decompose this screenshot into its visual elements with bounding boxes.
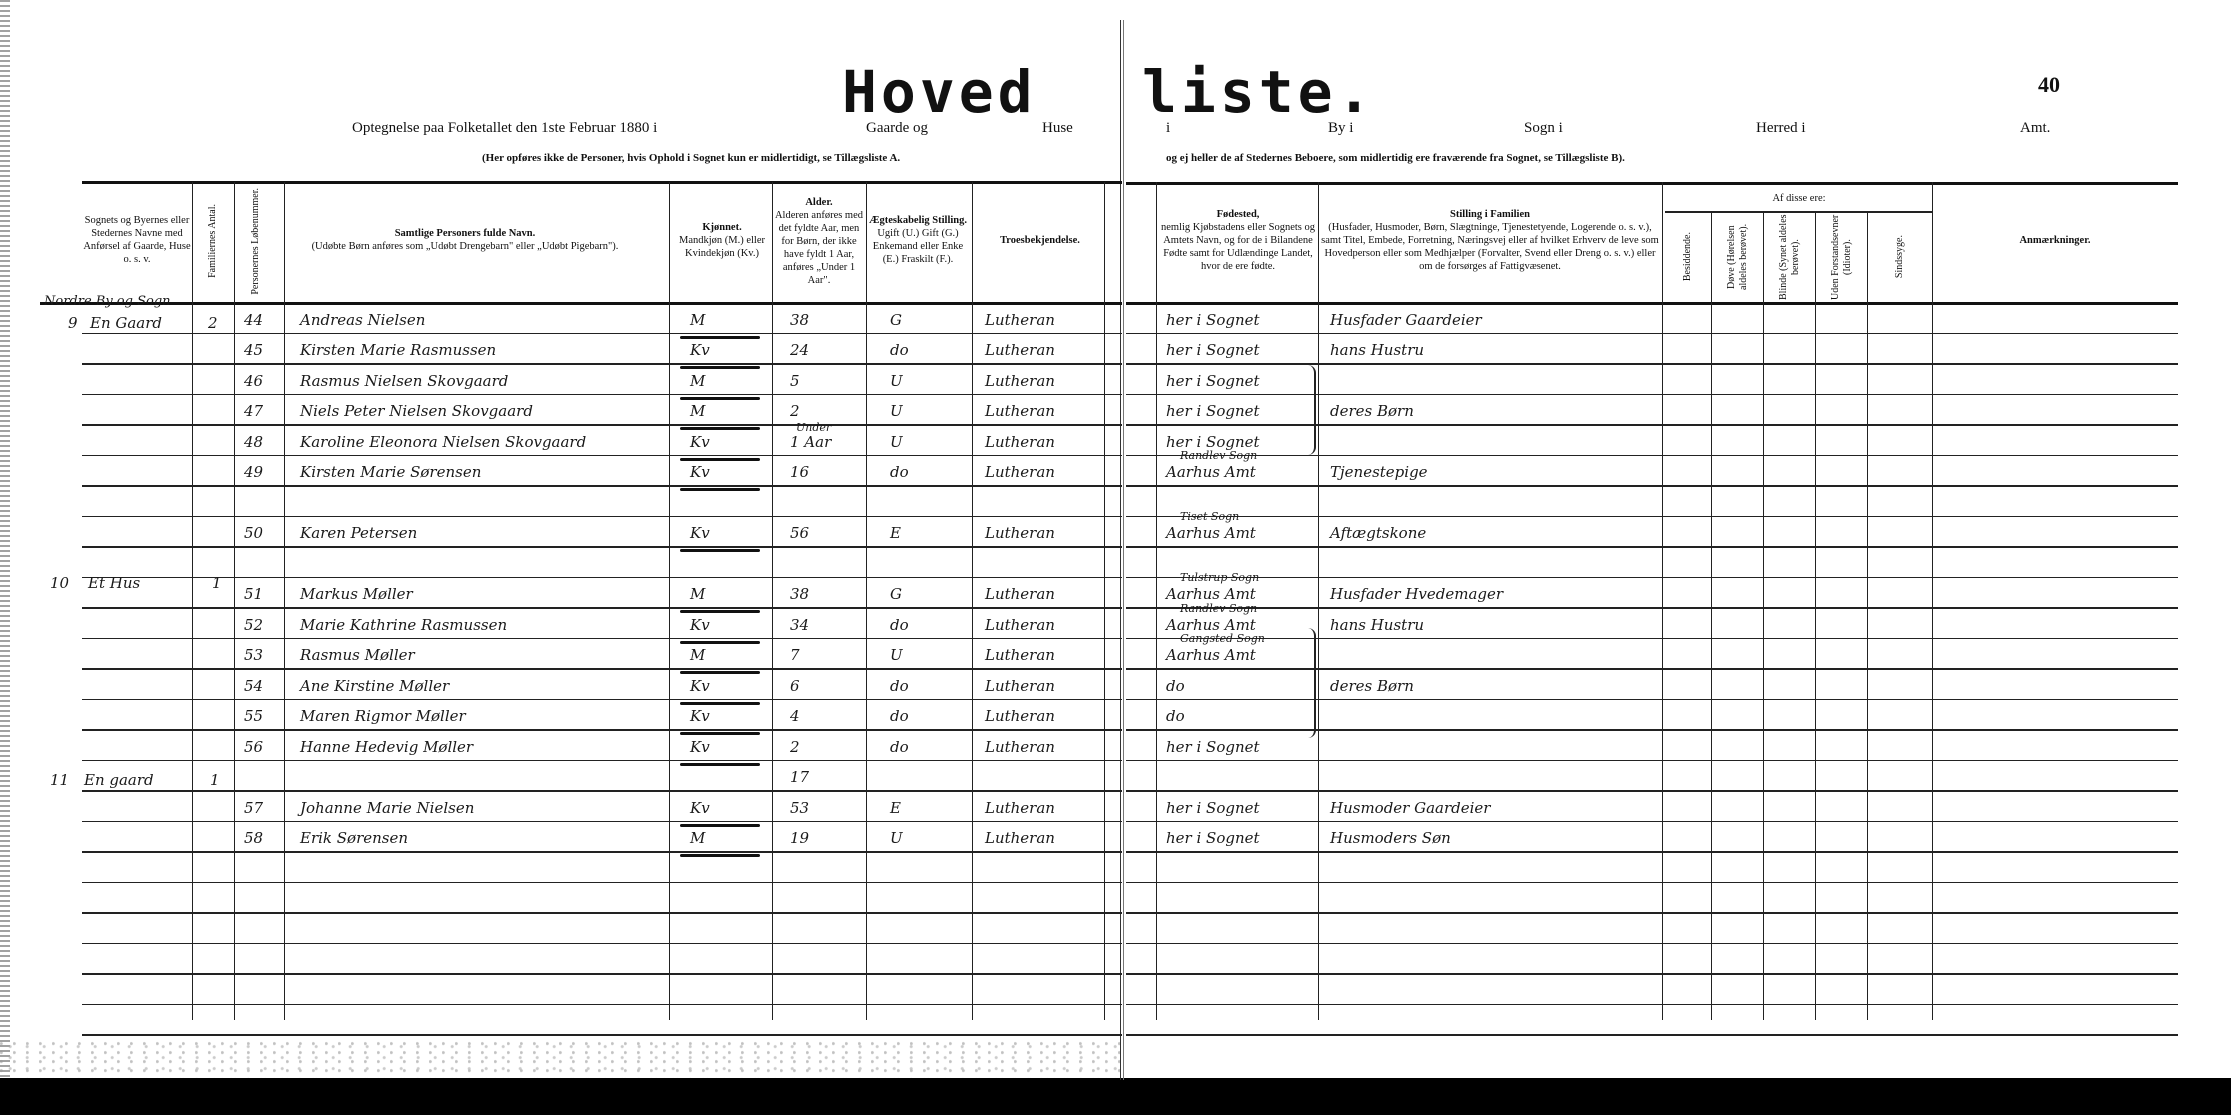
col-head-blind: Blinde (Synet aldeles berøvet). [1765, 214, 1815, 300]
row-rule [1126, 394, 2178, 396]
cell-name: Rasmus Møller [300, 646, 415, 664]
cell-no: 51 [244, 585, 263, 603]
row-rule [1126, 973, 2178, 975]
col-head-faith: Troesbekjendelse. [975, 190, 1105, 290]
cell-age: 16 [790, 463, 809, 481]
vrule [1156, 182, 1157, 1020]
cell-marital: E [890, 524, 901, 542]
census-page: Hoved liste. 40 Optegnelse paa Folketall… [0, 0, 2231, 1078]
col-head-faith-text: Troesbekjendelse. [1000, 234, 1080, 247]
col-head-family-count-text: Familiernes Antal. [207, 204, 219, 278]
col-head-age-note: Alderen anføres med det fyldte Aar, men … [774, 209, 864, 287]
vrule [866, 182, 867, 1020]
cell-no: 58 [244, 829, 263, 847]
vrule [1932, 182, 1933, 1020]
cell-age: 6 [790, 677, 800, 695]
cell-position: Husfader Hvedemager [1330, 585, 1503, 603]
col-head-marital-title: Ægteskabelig Stilling. [869, 214, 967, 227]
cell-name: Hanne Hedevig Møller [300, 738, 473, 756]
cell-no: 55 [244, 707, 263, 725]
cell-sex: Kv [690, 799, 710, 817]
cell-no: 45 [244, 341, 263, 359]
cell-age: 19 [790, 829, 809, 847]
row-rule [82, 1004, 1122, 1006]
cell-position: Husmoder Gaardeier [1330, 799, 1490, 817]
row-rule [1126, 821, 2178, 823]
cell-name: Niels Peter Nielsen Skovgaard [300, 402, 533, 420]
cell-birthplace: her i Sognet [1166, 311, 1260, 329]
cell-marital: U [890, 402, 903, 420]
vrule [192, 182, 193, 1020]
cell-marital: do [890, 677, 909, 695]
cell-sex: M [690, 646, 705, 664]
row-rule [1126, 912, 2178, 914]
row-rule [1126, 729, 2178, 731]
cell-sex: Kv [690, 463, 710, 481]
col-head-deaf-text: Døve (Hørelsen aldeles berøvet). [1726, 214, 1750, 300]
vrule [972, 182, 973, 1020]
row-rule [82, 363, 1122, 365]
subhead-left: Optegnelse paa Folketallet den 1ste Febr… [352, 120, 657, 137]
cell-sex: M [690, 311, 705, 329]
col-head-deaf: Døve (Hørelsen aldeles berøvet). [1713, 214, 1763, 300]
row-rule [1126, 577, 2178, 579]
cell-birthplace: her i Sognet [1166, 829, 1260, 847]
cell-name: Maren Rigmor Møller [300, 707, 466, 725]
of-these-divider [1665, 211, 1933, 213]
cell-marital: do [890, 707, 909, 725]
cell-faith: Lutheran [985, 585, 1055, 603]
household-11-families: 1 [210, 771, 220, 789]
subhead-amt: Amt. [2020, 120, 2050, 137]
cell-name: Rasmus Nielsen Skovgaard [300, 372, 508, 390]
col-head-place: Sognets og Byernes eller Stedernes Navne… [82, 190, 192, 290]
household-9-families: 2 [208, 314, 218, 332]
page-number: 40 [2038, 72, 2060, 98]
household-10-families: 1 [212, 574, 222, 592]
cell-sex: Kv [690, 341, 710, 359]
cell-marital: E [890, 799, 901, 817]
row-rule [82, 516, 1122, 518]
row-rule [82, 546, 1122, 548]
cell-birthplace-note: Tiset Sogn [1180, 510, 1239, 523]
row-rule [82, 882, 1122, 884]
sex-underline [680, 824, 760, 827]
vrule [234, 182, 235, 1020]
cell-position: deres Børn [1330, 677, 1414, 695]
cell-position: Aftægtskone [1330, 524, 1426, 542]
cell-sex: M [690, 402, 705, 420]
cell-no: 46 [244, 372, 263, 390]
sex-underline [680, 671, 760, 674]
cell-position: Husmoders Søn [1330, 829, 1451, 847]
cell-birthplace: her i Sognet [1166, 341, 1260, 359]
row-rule [82, 760, 1122, 762]
cell-marital: U [890, 829, 903, 847]
scan-edge [0, 0, 10, 1078]
col-head-name-title: Samtlige Personers fulde Navn. [395, 227, 536, 240]
cell-birthplace: do [1166, 707, 1185, 725]
col-head-position-title: Stilling i Familien [1450, 208, 1530, 221]
row-rule [82, 912, 1122, 914]
cell-birthplace: Aarhus Amt [1166, 646, 1256, 664]
vrule [772, 182, 773, 1020]
cell-birthplace: Aarhus Amt [1166, 463, 1256, 481]
cell-birthplace: her i Sognet [1166, 799, 1260, 817]
cell-age: 2 [790, 402, 800, 420]
cell-age: 7 [790, 646, 800, 664]
cell-age: 5 [790, 372, 800, 390]
col-head-person-no: Personernes Løbenummer. [236, 182, 276, 300]
household-10-place: Et Hus [88, 574, 140, 592]
col-head-place-text: Sognets og Byernes eller Stedernes Navne… [82, 214, 192, 266]
cell-faith: Lutheran [985, 677, 1055, 695]
row-rule [82, 638, 1122, 640]
col-head-residents-text: Besiddende. [1682, 232, 1694, 281]
sex-underline [680, 702, 760, 705]
cell-birthplace: her i Sognet [1166, 738, 1260, 756]
row-rule [1126, 638, 2178, 640]
cell-faith: Lutheran [985, 372, 1055, 390]
row-rule [1126, 699, 2178, 701]
col-head-of-these-text: Af disse ere: [1772, 192, 1825, 205]
row-rule [1126, 333, 2178, 335]
row-rule [82, 485, 1122, 487]
cell-no: 57 [244, 799, 263, 817]
row-rule [1126, 424, 2178, 426]
cell-birthplace: Aarhus Amt [1166, 524, 1256, 542]
household-11-no: 11 [50, 771, 69, 789]
cell-faith: Lutheran [985, 707, 1055, 725]
cell-faith: Lutheran [985, 524, 1055, 542]
row-rule [82, 394, 1122, 396]
sex-underline [680, 488, 760, 491]
family-brace [1306, 365, 1316, 455]
vrule [1318, 182, 1319, 1020]
row-rule [82, 729, 1122, 731]
cell-faith: Lutheran [985, 402, 1055, 420]
col-head-age: Alder. Alderen anføres med det fyldte Aa… [774, 184, 864, 298]
household-11-place: En gaard [84, 771, 154, 789]
cell-name: Kirsten Marie Rasmussen [300, 341, 496, 359]
row-rule [1126, 516, 2178, 518]
cell-birthplace: her i Sognet [1166, 433, 1260, 451]
cell-marital: do [890, 341, 909, 359]
cell-marital: U [890, 433, 903, 451]
cell-sex: Kv [690, 707, 710, 725]
cell-age: 4 [790, 707, 800, 725]
cell-sex: Kv [690, 738, 710, 756]
col-head-birthplace: Fødested, nemlig Kjøbstadens eller Sogne… [1158, 190, 1318, 290]
subhead-i: i [1166, 120, 1170, 137]
cell-no: 52 [244, 616, 263, 634]
sex-underline [680, 427, 760, 430]
note-right: og ej heller de af Stedernes Beboere, so… [1166, 152, 1625, 164]
cell-sex: Kv [690, 433, 710, 451]
cell-sex: M [690, 372, 705, 390]
cell-marital: do [890, 616, 909, 634]
cell-name: Ane Kirstine Møller [300, 677, 449, 695]
cell-name: Johanne Marie Nielsen [300, 799, 474, 817]
row-rule [1126, 882, 2178, 884]
col-head-sex-note: Mandkjøn (M.) eller Kvindekjøn (Kv.) [672, 234, 772, 260]
col-head-sex-title: Kjønnet. [702, 221, 741, 234]
cell-age: 53 [790, 799, 809, 817]
col-head-name: Samtlige Personers fulde Navn. (Udøbte B… [300, 210, 630, 270]
cell-position: Husfader Gaardeier [1330, 311, 1482, 329]
header-rule-bottom-right [1126, 302, 2178, 305]
row-rule [82, 790, 1122, 792]
cell-birthplace-note: Tulstrup Sogn [1180, 571, 1259, 584]
title-right: liste. [1142, 58, 1376, 126]
col-head-person-no-text: Personernes Løbenummer. [250, 188, 262, 295]
cell-birthplace: her i Sognet [1166, 402, 1260, 420]
cell-birthplace-note: Gangsted Sogn [1180, 632, 1265, 645]
row-rule [82, 668, 1122, 670]
col-head-position-note: (Husfader, Husmoder, Børn, Slægtninge, T… [1320, 221, 1660, 273]
cell-name: Karoline Eleonora Nielsen Skovgaard [300, 433, 586, 451]
sex-underline [680, 854, 760, 857]
row-rule [82, 821, 1122, 823]
cell-no: 54 [244, 677, 263, 695]
cell-name: Marie Kathrine Rasmussen [300, 616, 507, 634]
cell-age: 38 [790, 585, 809, 603]
cell-no: 47 [244, 402, 263, 420]
cell-no: 50 [244, 524, 263, 542]
cell-sex: Kv [690, 524, 710, 542]
page-fold [1120, 20, 1124, 1080]
cell-faith: Lutheran [985, 433, 1055, 451]
household-9-no: 9 [68, 314, 78, 332]
cell-age: 2 [790, 738, 800, 756]
vrule [669, 182, 670, 1020]
row-rule [1126, 1034, 2178, 1036]
cell-marital: U [890, 372, 903, 390]
cell-sex: M [690, 585, 705, 603]
cell-name: Kirsten Marie Sørensen [300, 463, 481, 481]
row-rule [1126, 485, 2178, 487]
cell-age: 34 [790, 616, 809, 634]
cell-marital: U [890, 646, 903, 664]
scan-noise [0, 1040, 1120, 1078]
sex-underline [680, 336, 760, 339]
row-rule [1126, 607, 2178, 609]
subhead-huse: Huse [1042, 120, 1073, 137]
col-head-remarks-text: Anmærkninger. [2019, 234, 2090, 247]
sex-underline [680, 732, 760, 735]
cell-age-note: Under [796, 421, 831, 434]
cell-name: Karen Petersen [300, 524, 417, 542]
row-rule [82, 455, 1122, 457]
sex-underline [680, 763, 760, 766]
cell-faith: Lutheran [985, 738, 1055, 756]
col-head-family-count: Familiernes Antal. [193, 186, 233, 296]
vrule [1662, 182, 1663, 1020]
col-head-idiot-text: Uden Forstandsevner (Idioter). [1830, 214, 1854, 300]
cell-age: 24 [790, 341, 809, 359]
col-head-insane-text: Sindssyge. [1894, 235, 1906, 278]
cell-sex: M [690, 829, 705, 847]
col-head-of-these: Af disse ere: [1665, 186, 1933, 210]
col-head-idiot: Uden Forstandsevner (Idioter). [1817, 214, 1867, 300]
header-rule-top-right [1126, 182, 2178, 185]
cell-position: deres Børn [1330, 402, 1414, 420]
cell-age: 1 Aar [790, 433, 831, 451]
cell-faith: Lutheran [985, 646, 1055, 664]
cell-name: Andreas Nielsen [300, 311, 425, 329]
col-head-birthplace-title: Fødested, [1217, 208, 1260, 221]
cell-birthplace-note: Randlev Sogn [1180, 602, 1257, 615]
cell-age: 38 [790, 311, 809, 329]
row-rule [82, 699, 1122, 701]
cell-marital: G [890, 585, 902, 603]
col-head-residents: Besiddende. [1665, 214, 1711, 300]
sex-underline [680, 397, 760, 400]
row-rule [1126, 363, 2178, 365]
cell-birthplace: Aarhus Amt [1166, 616, 1256, 634]
subhead-gaarde: Gaarde og [866, 120, 928, 137]
col-head-remarks: Anmærkninger. [1935, 190, 2175, 290]
household-10-no: 10 [50, 574, 69, 592]
row-rule [1126, 851, 2178, 853]
cell-birthplace: her i Sognet [1166, 372, 1260, 390]
cell-faith: Lutheran [985, 829, 1055, 847]
cell-no: 56 [244, 738, 263, 756]
vrule [284, 182, 285, 1020]
cell-birthplace: Aarhus Amt [1166, 585, 1256, 603]
cell-name: Markus Møller [300, 585, 413, 603]
col-head-sex: Kjønnet. Mandkjøn (M.) eller Kvindekjøn … [672, 190, 772, 290]
col-head-position: Stilling i Familien (Husfader, Husmoder,… [1320, 190, 1660, 290]
subhead-herred: Herred i [1756, 120, 1806, 137]
cell-marital: G [890, 311, 902, 329]
row-rule [1126, 546, 2178, 548]
col-head-birthplace-note: nemlig Kjøbstadens eller Sognets og Amte… [1158, 221, 1318, 273]
cell-position: hans Hustru [1330, 616, 1424, 634]
cell-no: 53 [244, 646, 263, 664]
row-rule [1126, 760, 2178, 762]
row-rule [82, 943, 1122, 945]
subhead-sogn: Sogn i [1524, 120, 1563, 137]
cell-faith: Lutheran [985, 341, 1055, 359]
cell-age: 17 [790, 768, 809, 786]
note-left: (Her opføres ikke de Personer, hvis Opho… [482, 152, 900, 164]
cell-birthplace: do [1166, 677, 1185, 695]
household-9-place: En Gaard [90, 314, 162, 332]
cell-name: Erik Sørensen [300, 829, 408, 847]
row-rule [82, 607, 1122, 609]
vrule [1104, 182, 1105, 1020]
cell-sex: Kv [690, 616, 710, 634]
row-rule [1126, 943, 2178, 945]
cell-faith: Lutheran [985, 616, 1055, 634]
cell-position: Tjenestepige [1330, 463, 1428, 481]
cell-faith: Lutheran [985, 463, 1055, 481]
top-annotation: Nordre By og Sogn [44, 294, 171, 309]
cell-sex: Kv [690, 677, 710, 695]
row-rule [1126, 455, 2178, 457]
cell-no: 44 [244, 311, 263, 329]
row-rule [82, 851, 1122, 853]
col-head-marital: Ægteskabelig Stilling. Ugift (U.) Gift (… [868, 190, 968, 290]
row-rule [1126, 1004, 2178, 1006]
row-rule [82, 577, 1122, 579]
sex-underline [680, 458, 760, 461]
sex-underline [680, 641, 760, 644]
row-rule [1126, 668, 2178, 670]
subhead-by: By i [1328, 120, 1353, 137]
row-rule [82, 1034, 1122, 1036]
sex-underline [680, 610, 760, 613]
cell-birthplace-note: Randlev Sogn [1180, 449, 1257, 462]
row-rule [82, 973, 1122, 975]
cell-faith: Lutheran [985, 799, 1055, 817]
col-head-insane: Sindssyge. [1869, 214, 1931, 300]
row-rule [82, 424, 1122, 426]
cell-age: 56 [790, 524, 809, 542]
title-left: Hoved [842, 58, 1037, 126]
cell-marital: do [890, 463, 909, 481]
col-head-age-title: Alder. [805, 196, 832, 209]
family-brace [1306, 628, 1316, 738]
cell-faith: Lutheran [985, 311, 1055, 329]
sex-underline [680, 366, 760, 369]
cell-no: 48 [244, 433, 263, 451]
col-head-name-note: (Udøbte Børn anføres som „Udøbt Drengeba… [312, 240, 619, 253]
col-head-blind-text: Blinde (Synet aldeles berøvet). [1778, 214, 1802, 300]
cell-position: hans Hustru [1330, 341, 1424, 359]
row-rule [1126, 790, 2178, 792]
row-rule [82, 333, 1122, 335]
cell-no: 49 [244, 463, 263, 481]
header-rule-bottom-left [40, 302, 1122, 305]
sex-underline [680, 549, 760, 552]
col-head-marital-note: Ugift (U.) Gift (G.) Enkemand eller Enke… [868, 227, 968, 266]
cell-marital: do [890, 738, 909, 756]
